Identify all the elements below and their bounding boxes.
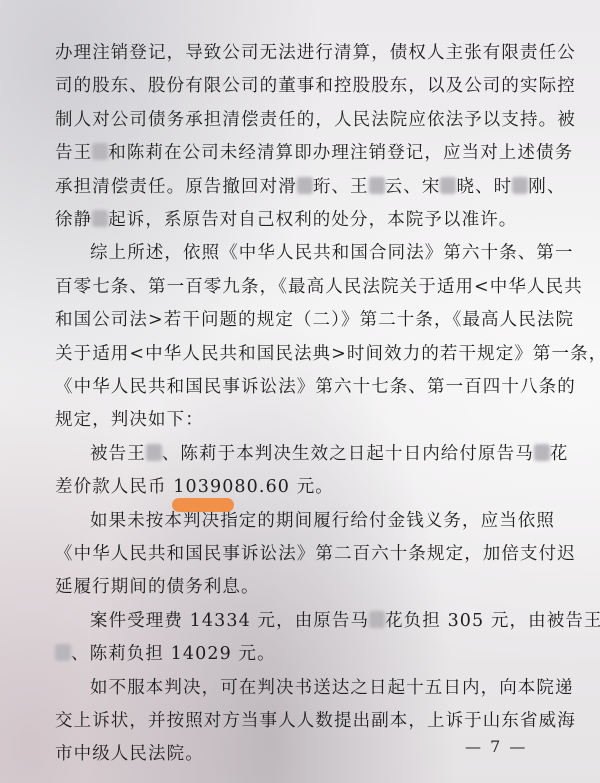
text-line: 如果未按本判决指定的期间履行给付金钱义务，应当依照 (90, 510, 545, 532)
redacted-name-mark (92, 143, 108, 160)
redacted-name-mark (440, 177, 456, 194)
text-line: 规定，判决如下： (55, 409, 545, 431)
text-line: 办理注销登记，导致公司无法进行清算，债权人主张有限责任公 (55, 42, 545, 64)
document-page: 办理注销登记，导致公司无法进行清算，债权人主张有限责任公 司的股东、股份有限公司… (0, 0, 600, 783)
text-line: 告王和陈莉在公司未经清算即办理注销登记，应当对上述债务 (55, 142, 545, 164)
text-line: 承担清偿责任。原告撤回对滑珩、王云、宋晓、时刚、 (55, 176, 545, 198)
redacted-name-mark (297, 177, 313, 194)
redacted-name-mark (55, 644, 71, 661)
redacted-name-mark (369, 611, 385, 628)
redacted-name-mark (92, 210, 108, 227)
appeal-line: 如不服本判决，可在判决书送达之日起十五日内，向本院递 (90, 677, 545, 699)
text-line: 《中华人民共和国民事诉讼法》第二百六十条规定，加倍支付迟 (55, 543, 545, 565)
text-line: 百零七条、第一百零九条，《最高人民法院关于适用<中华人民共 (55, 276, 545, 298)
appeal-line: 交上诉状，并按照对方当事人人数提出副本，上诉于山东省威海 (55, 710, 545, 732)
text-line: 关于适用<中华人民共和国民法典>时间效力的若干规定》第一条， (55, 343, 545, 365)
redacted-name-mark (512, 177, 528, 194)
text-line: 和国公司法>若干问题的规定（二）》第二十条，《最高人民法院 (55, 309, 545, 331)
text-line: 延履行期间的债务利息。 (55, 576, 545, 598)
page-number: — 7 — (465, 737, 527, 756)
text-line: 徐静起诉，系原告对自己权利的处分，本院予以准许。 (55, 209, 545, 231)
judgment-line: 被告王、陈莉于本判决生效之日起十日内给付原告马花 (90, 443, 545, 465)
amount-line: 差价款人民币 1039080.60 元。 (55, 476, 545, 498)
redacted-name-mark (369, 177, 385, 194)
amount-highlight-mark (172, 498, 234, 512)
redacted-name-mark (146, 444, 162, 461)
text-line: 制人对公司债务承担清偿责任的，人民法院应依法予以支持。被 (55, 109, 545, 131)
text-line: 综上所述，依照《中华人民共和国合同法》第六十条、第一 (90, 242, 545, 264)
text-line: 司的股东、股份有限公司的董事和控股股东，以及公司的实际控 (55, 75, 545, 97)
fee-line: 、陈莉负担 14029 元。 (55, 643, 545, 665)
fee-line: 案件受理费 14334 元，由原告马花负担 305 元，由被告王 (90, 610, 545, 632)
text-line: 《中华人民共和国民事诉讼法》第六十七条、第一百四十八条的 (55, 376, 545, 398)
redacted-name-mark (534, 444, 550, 461)
